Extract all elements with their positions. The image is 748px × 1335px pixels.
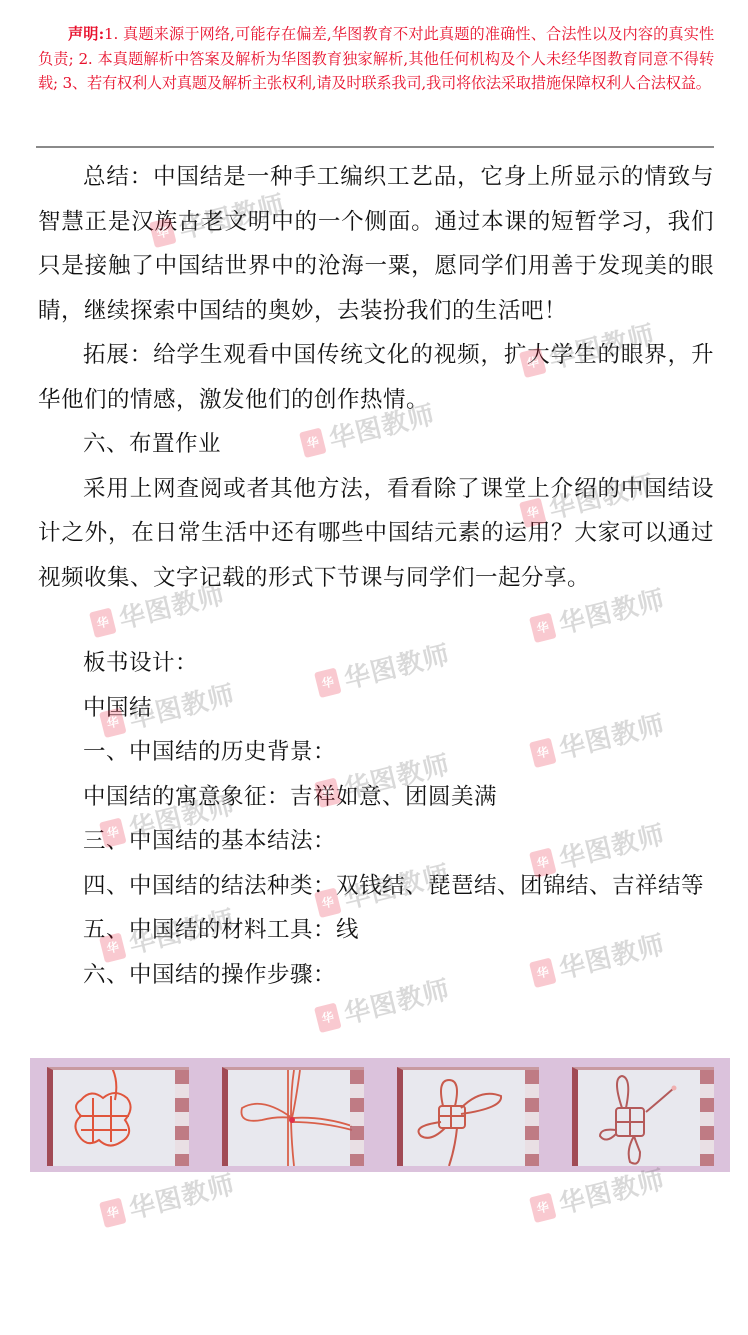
watermark: 华华图教师: [98, 1164, 239, 1233]
knot-photo-strip: [30, 1058, 730, 1172]
knot-photo-2: [222, 1067, 364, 1166]
watermark-logo-icon: 华: [529, 1192, 557, 1223]
knot-photo-3: [397, 1067, 539, 1166]
knot-photo-4: [572, 1067, 714, 1166]
watermark-logo-icon: 华: [99, 1197, 127, 1228]
disclaimer-text: 1. 真题来源于网络,可能存在偏差,华图教育不对此真题的准确性、合法性以及内容的…: [38, 25, 714, 92]
knot-step-1-image: [53, 1070, 189, 1166]
disclaimer-lead: 声明:: [68, 25, 104, 43]
knot-step-2-image: [228, 1070, 364, 1166]
board-item-meaning: 中国结的寓意象征：吉祥如意、团圆美满: [38, 775, 714, 820]
board-item-knot-types: 四、中国结的结法种类：双钱结、琵琶结、团锦结、吉祥结等: [38, 864, 714, 909]
summary-paragraph: 总结：中国结是一种手工编织工艺品，它身上所显示的情致与智慧正是汉族古老文明中的一…: [38, 155, 714, 333]
board-item-basic-method: 三、中国结的基本结法：: [38, 819, 714, 864]
knot-step-4-image: [578, 1070, 714, 1166]
lesson-body: 总结：中国结是一种手工编织工艺品，它身上所显示的情致与智慧正是汉族古老文明中的一…: [38, 155, 714, 997]
knot-step-3-image: [403, 1070, 539, 1166]
board-design-heading: 板书设计：: [38, 641, 714, 686]
homework-heading: 六、布置作业: [38, 422, 714, 467]
separator-line: [36, 146, 714, 148]
extension-paragraph: 拓展：给学生观看中国传统文化的视频，扩大学生的眼界，升华他们的情感，激发他们的创…: [38, 333, 714, 422]
board-design-title: 中国结: [38, 686, 714, 731]
board-item-history: 一、中国结的历史背景：: [38, 730, 714, 775]
board-item-steps: 六、中国结的操作步骤：: [38, 953, 714, 998]
watermark-logo-icon: 华: [314, 1002, 342, 1033]
board-item-materials: 五、中国结的材料工具：线: [38, 908, 714, 953]
knot-photo-1: [47, 1067, 189, 1166]
homework-paragraph: 采用上网查阅或者其他方法，看看除了课堂上介绍的中国结设计之外，在日常生活中还有哪…: [38, 467, 714, 601]
disclaimer: 声明:1. 真题来源于网络,可能存在偏差,华图教育不对此真题的准确性、合法性以及…: [38, 22, 714, 96]
